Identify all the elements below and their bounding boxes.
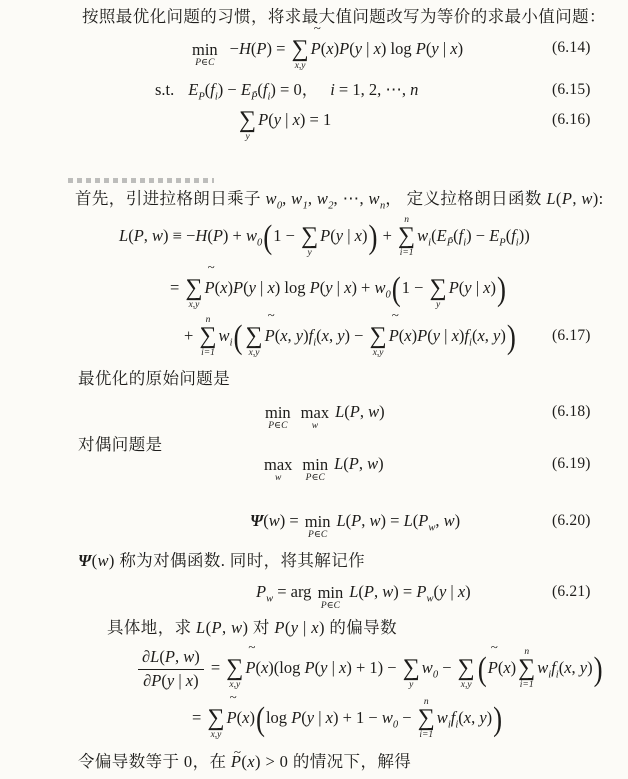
math-token: P <box>305 658 315 677</box>
math-token: )) <box>519 226 530 245</box>
math-token: w <box>417 226 428 245</box>
math-token: ~ <box>205 260 218 273</box>
math-token: P <box>418 511 428 530</box>
math-token: w <box>369 511 380 530</box>
math-token: ∂ <box>142 647 150 666</box>
math-token: P∈C <box>306 473 325 484</box>
math-token: x,y <box>461 680 472 691</box>
math-token: ∑ <box>245 326 262 348</box>
math-token: ∑x,y <box>226 647 243 691</box>
math-token: n∑i=1 <box>398 215 415 259</box>
math-token: ∑ <box>430 278 447 300</box>
math-token: ) + 1 − <box>333 708 382 727</box>
math-token: ~P <box>205 266 215 310</box>
math-token: | <box>298 618 311 637</box>
math-token: y <box>431 39 438 58</box>
math-token: H <box>239 39 251 58</box>
paragraph-derivative-intro: 具体地，求 L(P, w) 对 P(y | x) 的偏导数 <box>107 617 397 639</box>
math-token: ∑ <box>370 326 387 348</box>
math-token: w <box>375 278 386 297</box>
math-token: P <box>350 402 360 421</box>
math-token: i=1 <box>201 348 215 359</box>
math-token: x <box>564 658 571 677</box>
paragraph-primal-intro: 最优化的原始问题是 <box>78 368 230 390</box>
math-token: ~P <box>265 314 275 358</box>
math-token: P <box>256 39 266 58</box>
math-token: i=1 <box>520 680 534 691</box>
book-page: 按照最优化问题的习惯，将求最大值问题改写为等价的求最小值问题： minP∈C−H… <box>0 0 628 779</box>
math-token: ) log <box>275 278 310 297</box>
math-token: ~P <box>311 27 321 71</box>
math-token: | <box>174 671 186 690</box>
math-token: P <box>351 511 361 530</box>
math-token: ) <box>193 671 199 690</box>
math-token: L <box>334 454 343 473</box>
math-token: P <box>416 39 426 58</box>
math-token: 首先，引进拉格朗日乘子 <box>75 189 265 208</box>
math-token: x <box>452 326 459 345</box>
math-token: y <box>245 132 249 143</box>
math-token: minP∈C <box>192 31 218 70</box>
math-token: 令偏导数等于 0，在 <box>78 752 231 771</box>
math-token: 0 <box>257 238 262 249</box>
math-token: ∑ <box>207 708 224 730</box>
math-token: w <box>317 189 328 208</box>
math-token: P <box>151 671 161 690</box>
math-token: P <box>233 278 243 297</box>
math-token: , <box>329 326 337 345</box>
math-token: max <box>264 457 292 474</box>
math-token: P <box>417 326 427 345</box>
math-token: P <box>205 278 215 297</box>
math-token: ∑y <box>403 647 420 691</box>
math-token: x,y <box>211 730 222 741</box>
math-token: x <box>374 39 381 58</box>
math-token: x <box>311 618 319 637</box>
math-token: | <box>256 278 268 297</box>
math-token: x <box>267 278 274 297</box>
partial-derivative-line-1: ∂L(P, w)∂P(y | x) = ∑x,y~P(x)(log P(y | … <box>135 646 604 690</box>
equation-6.19-body: maxw minP∈CL(P, w) <box>262 442 384 486</box>
math-token: ) = <box>393 582 416 601</box>
math-token: x <box>326 708 333 727</box>
math-token: ) <box>379 402 385 421</box>
math-token: ∂L(P, w)∂P(y | x) <box>138 647 204 691</box>
math-token: ∑x,y <box>370 315 387 359</box>
math-token: − <box>230 39 239 58</box>
math-token: ~P <box>488 646 498 690</box>
math-token: ∑x,y <box>292 28 309 72</box>
math-token: n∑i=1 <box>418 697 435 741</box>
math-token: min <box>318 585 344 602</box>
math-token: x <box>477 326 484 345</box>
math-token: ∑ <box>518 658 535 680</box>
math-token: P <box>227 708 237 727</box>
math-token: ) − <box>218 80 241 99</box>
math-token: minP∈C <box>318 574 344 613</box>
math-token: w <box>382 582 393 601</box>
math-token: ) = 0， <box>270 80 318 99</box>
math-token: ∑ <box>185 278 202 300</box>
math-token: | <box>472 278 484 297</box>
math-token: P <box>311 39 321 58</box>
math-token: | <box>439 39 451 58</box>
math-token: ~ <box>311 21 324 34</box>
partial-derivative-line-2: = ∑x,y~P(x)(log P(y | x) + 1 − w0 − n∑i=… <box>192 696 503 740</box>
equation-6.14-body: minP∈C−H(P) = ∑x,y~P(x)P(y | x) log P(y … <box>190 27 463 71</box>
math-token: P <box>449 278 459 297</box>
paragraph-dual-intro: 对偶问题是 <box>78 434 163 456</box>
math-token: = <box>207 658 225 677</box>
math-token: w <box>444 511 455 530</box>
math-token: ) <box>458 39 464 58</box>
math-token: P <box>416 582 426 601</box>
paragraph-dual-function-note: Ψ(w) 称为对偶函数. 同时，将其解记作 <box>78 550 365 572</box>
math-token: maxw <box>264 446 292 485</box>
math-token: log <box>266 708 291 727</box>
math-token: w <box>269 511 280 530</box>
math-token: w <box>98 551 109 570</box>
math-token: ) <box>249 708 255 727</box>
math-token: | <box>314 708 326 727</box>
math-token: L <box>196 618 206 637</box>
math-token: ) + 1) − <box>346 658 400 677</box>
math-token: y <box>436 300 440 311</box>
math-token: x <box>450 39 457 58</box>
math-token: ~P <box>231 751 241 773</box>
math-token: i=1 <box>400 248 414 259</box>
math-token: P∈C <box>321 601 340 612</box>
math-token: w <box>183 647 194 666</box>
math-token: maxw <box>301 394 329 433</box>
math-token: ): <box>593 189 604 208</box>
math-token: w <box>369 189 380 208</box>
math-token: ) = 1 <box>300 110 331 129</box>
math-token: ) <box>497 272 506 306</box>
math-token: ~ <box>265 308 278 321</box>
math-token: , <box>288 326 296 345</box>
math-token: L <box>119 226 128 245</box>
math-token: max <box>301 405 329 422</box>
math-token: ∑ <box>418 708 435 730</box>
math-token: P <box>256 582 266 601</box>
math-token: x <box>503 658 510 677</box>
math-token: P <box>339 39 349 58</box>
math-token: P <box>245 658 255 677</box>
math-token: ~ <box>488 640 501 653</box>
math-token: min <box>265 405 291 422</box>
math-token: + <box>378 226 396 245</box>
math-token: L <box>150 647 159 666</box>
math-token: P <box>320 226 330 245</box>
math-token: P <box>488 658 498 677</box>
math-token: ) <box>368 220 377 254</box>
equation-number-6.19: (6.19) <box>552 454 591 474</box>
math-token: P <box>265 326 275 345</box>
math-token: ) <box>378 454 384 473</box>
math-token: ) = <box>280 511 303 530</box>
math-token: E <box>188 80 198 99</box>
math-token: ) = <box>267 39 290 58</box>
math-token: P <box>310 278 320 297</box>
math-token: y <box>296 326 303 345</box>
math-token: | <box>362 39 374 58</box>
math-token: minP∈C <box>305 503 331 542</box>
math-token: ) log <box>381 39 416 58</box>
math-token: E <box>437 226 447 245</box>
paragraph-intro: 按照最优化问题的习惯，将求最大值问题改写为等价的求最小值问题： <box>82 6 606 28</box>
math-token: w <box>275 473 281 484</box>
math-token: ) <box>594 652 603 686</box>
math-token: i=1 <box>419 730 433 741</box>
math-token: minP∈C <box>302 446 328 485</box>
math-token: , <box>175 647 183 666</box>
math-token: ∑y <box>301 215 318 259</box>
math-token: ∑ <box>403 658 420 680</box>
equation-6.17-line-3: + n∑i=1wi( ∑x,y~P(x, y)fi(x, y) − ∑x,y~P… <box>184 314 517 358</box>
math-token: , ⋯, <box>334 189 369 208</box>
math-token: w <box>437 708 448 727</box>
math-token: P <box>349 454 359 473</box>
math-token: w <box>368 402 379 421</box>
math-token: ~ <box>227 690 240 703</box>
math-token: ∑ <box>458 658 475 680</box>
math-token: ) − <box>466 226 489 245</box>
math-token: ) <box>493 702 502 736</box>
math-token: = <box>192 708 205 727</box>
math-token: | <box>333 278 345 297</box>
equation-number-6.14: (6.14) <box>552 38 591 58</box>
math-token: L <box>404 511 413 530</box>
math-token: , <box>485 326 493 345</box>
math-token: x <box>186 671 193 690</box>
math-token: y <box>249 278 256 297</box>
math-token: , <box>359 454 367 473</box>
math-token: | <box>327 658 339 677</box>
math-token: , <box>282 189 291 208</box>
math-token: ) <box>362 226 368 245</box>
math-token: ( <box>263 220 272 254</box>
math-token: y <box>433 326 440 345</box>
math-token: ~ <box>245 640 258 653</box>
math-token: E <box>241 80 251 99</box>
math-token: ) 对 <box>242 618 274 637</box>
math-token: w <box>231 618 242 637</box>
math-token: ) 的偏导数 <box>319 618 397 637</box>
math-token: | <box>446 582 458 601</box>
math-token: P∈C <box>268 421 287 432</box>
math-token: 具体地，求 <box>107 618 196 637</box>
math-token: , <box>308 189 317 208</box>
math-token: P <box>134 226 144 245</box>
math-token: ) <box>487 708 493 727</box>
math-token: 0 <box>386 290 391 301</box>
math-token: n∑i=1 <box>199 315 216 359</box>
math-token: P <box>165 647 175 666</box>
math-token: P <box>389 326 399 345</box>
math-token: Ψ <box>78 551 92 570</box>
math-token: ∑ <box>398 226 415 248</box>
math-token: w <box>219 326 230 345</box>
math-token: | <box>440 326 452 345</box>
math-token: w <box>246 226 257 245</box>
math-token: x <box>404 326 411 345</box>
math-token: P <box>258 110 268 129</box>
math-token: ) + <box>223 226 246 245</box>
math-token: y <box>336 226 343 245</box>
math-token: ) <box>491 278 497 297</box>
math-token: ( <box>256 702 265 736</box>
math-token: | <box>343 226 355 245</box>
math-token: w <box>152 226 163 245</box>
equation-6.16-body: ∑yP(y | x) = 1 <box>237 98 331 142</box>
math-token: n∑i=1 <box>518 647 535 691</box>
math-token: x <box>326 39 333 58</box>
math-token: ) > 0 的情况下，解得 <box>255 752 411 771</box>
math-token: ~P <box>389 314 399 358</box>
math-token: ) <box>587 658 593 677</box>
math-token: ) − <box>345 326 368 345</box>
math-token: y <box>274 110 281 129</box>
math-token: ∂P(y | x) <box>139 670 202 692</box>
equation-6.20-body: Ψ(w) = minP∈CL(P, w) = L(Pw, w) <box>250 499 460 543</box>
math-token: y <box>409 680 413 691</box>
math-token: x <box>483 278 490 297</box>
math-token: P∈C <box>308 530 327 541</box>
math-token: H <box>195 226 207 245</box>
math-token: = arg <box>273 582 315 601</box>
equation-6.17-line-2: = ∑x,y~P(x)P(y | x) log P(y | x) + w0(1 … <box>170 266 507 310</box>
erased-text-smudge <box>68 178 214 183</box>
math-token: w <box>382 708 393 727</box>
math-token: s.t. <box>155 80 174 99</box>
math-token: ) <box>194 647 200 666</box>
math-token: | <box>281 110 293 129</box>
equation-number-6.21: (6.21) <box>552 582 591 602</box>
math-token: x,y <box>373 348 384 359</box>
math-token: − <box>438 658 456 677</box>
math-token: minP∈C <box>265 394 291 433</box>
math-token: 1 − <box>402 278 428 297</box>
math-token: P <box>212 618 222 637</box>
math-token: min <box>305 514 331 531</box>
equation-number-6.18: (6.18) <box>552 402 591 422</box>
math-token: P <box>213 226 223 245</box>
math-token: − <box>398 708 416 727</box>
equation-6.18-body: minP∈C maxwL(P, w) <box>263 390 385 434</box>
math-token: L <box>336 511 345 530</box>
math-token: P <box>364 582 374 601</box>
math-token: E <box>489 226 499 245</box>
math-token: , <box>360 402 368 421</box>
math-token: ) 称为对偶函数. 同时，将其解记作 <box>109 551 365 570</box>
equation-6.17-line-1: L(P, w) ≡ −H(P) + w0(1 − ∑yP(y | x)) + n… <box>119 214 530 258</box>
math-token: ∑ <box>301 226 318 248</box>
math-token: (log <box>274 658 305 677</box>
math-token: ∑ <box>292 39 309 61</box>
math-token: x <box>464 708 471 727</box>
math-token: w <box>422 658 433 677</box>
math-token: y <box>464 278 471 297</box>
math-token: L <box>335 402 344 421</box>
math-token: ( <box>392 272 401 306</box>
math-token: = 1, 2, ⋯, <box>335 80 410 99</box>
math-token: w <box>312 421 318 432</box>
math-token: x <box>322 326 329 345</box>
math-token: w <box>291 189 302 208</box>
equation-number-6.17: (6.17) <box>552 326 591 346</box>
math-token: ( <box>478 652 487 686</box>
math-token: ∑x,y <box>245 315 262 359</box>
math-token: x,y <box>189 300 200 311</box>
math-token: ∑ <box>239 110 256 132</box>
math-token: w <box>265 189 276 208</box>
math-token: ∑x,y <box>185 267 202 311</box>
math-token: + <box>184 326 197 345</box>
math-token: , <box>435 511 443 530</box>
math-token: P <box>291 708 301 727</box>
math-token: P <box>274 618 284 637</box>
math-token: w <box>581 189 592 208</box>
math-token: ) + <box>351 278 374 297</box>
math-token: ~ <box>231 745 244 758</box>
math-token: , <box>222 618 231 637</box>
math-token: w <box>367 454 378 473</box>
math-token: ) <box>507 320 516 354</box>
math-token: y <box>308 248 312 259</box>
math-token: ∑x,y <box>458 647 475 691</box>
math-token: y <box>307 708 314 727</box>
math-token: ∑y <box>239 99 256 143</box>
math-token: ~P <box>245 646 255 690</box>
math-token: y <box>325 278 332 297</box>
math-token: 1 − <box>273 226 299 245</box>
math-token: ) <box>500 326 506 345</box>
math-token: = <box>170 278 183 297</box>
math-token: min <box>302 457 328 474</box>
equation-6.21-body: Pw = arg minP∈CL(P, w) = Pw(y | x) <box>256 570 471 614</box>
math-token: P <box>562 189 572 208</box>
math-token: ) <box>511 658 517 677</box>
math-token: w <box>537 658 548 677</box>
math-token: ∑y <box>430 267 447 311</box>
paragraph-final-note: 令偏导数等于 0，在 ~P(x) > 0 的情况下，解得 <box>78 751 411 773</box>
math-token: i <box>230 338 233 349</box>
math-token: ~P <box>227 696 237 740</box>
math-token: ~ <box>389 308 402 321</box>
math-token: Ψ <box>250 511 263 530</box>
math-token: y <box>479 708 486 727</box>
math-token: , <box>572 658 580 677</box>
math-token: ∑ <box>199 326 216 348</box>
math-token: x <box>293 110 300 129</box>
math-token: y <box>337 326 344 345</box>
math-token: ∑ <box>226 658 243 680</box>
math-token: ， 定义拉格朗日函数 <box>385 189 546 208</box>
equation-number-6.15: (6.15) <box>552 80 591 100</box>
math-token: y <box>355 39 362 58</box>
math-token: x <box>355 226 362 245</box>
math-token: ) <box>465 582 471 601</box>
math-token: ) ≡ − <box>163 226 195 245</box>
math-token: min <box>192 42 218 59</box>
equation-number-6.16: (6.16) <box>552 110 591 130</box>
math-token: x <box>247 752 255 771</box>
math-token: ( <box>233 320 242 354</box>
math-token: , <box>144 226 152 245</box>
math-token: n <box>410 80 418 99</box>
math-token: ∂L(P, w) <box>138 647 204 670</box>
